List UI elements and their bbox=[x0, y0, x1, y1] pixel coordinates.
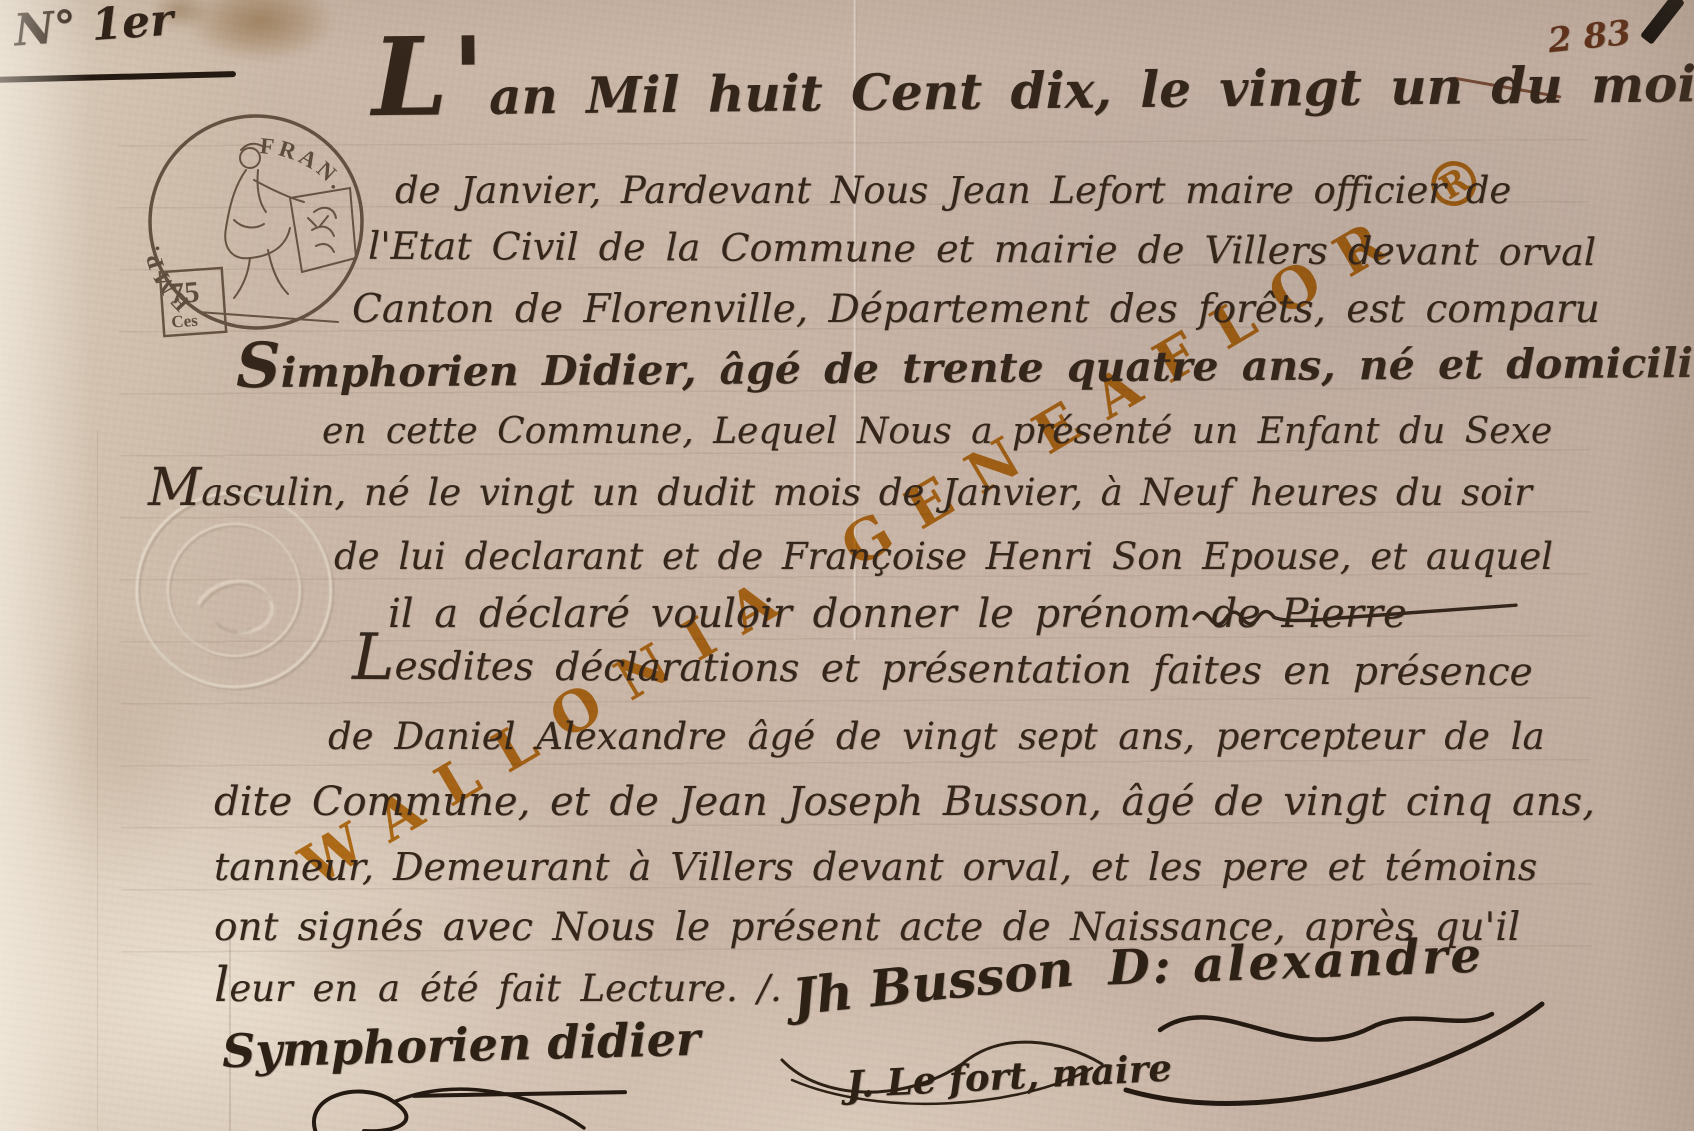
act-line: L'an Mil huit Cent dix, le vingt un du m… bbox=[372, 59, 1694, 123]
alexandre-paraph-flourish bbox=[1120, 990, 1550, 1120]
act-line: Lesdites déclarations et présentation fa… bbox=[352, 647, 1533, 692]
act-line: en cette Commune, Lequel Nous a présenté… bbox=[322, 414, 1552, 450]
act-line: Canton de Florenville, Département des f… bbox=[352, 290, 1600, 329]
act-line: de lui declarant et de Françoise Henri S… bbox=[334, 538, 1553, 575]
bottom-flourish-cut bbox=[272, 1082, 602, 1131]
margin-rule bbox=[97, 430, 98, 1131]
act-line: de Daniel Alexandre âgé de vingt sept an… bbox=[328, 718, 1545, 755]
act-line: de Janvier, Pardevant Nous Jean Lefort m… bbox=[395, 172, 1511, 209]
act-line: dite Commune, et de Jean Joseph Busson, … bbox=[214, 782, 1595, 822]
act-line: Simphorien Didier, âgé de trente quatre … bbox=[236, 343, 1694, 394]
scanned-birth-act-1810: N° 1er 2 83 FRAN. EMP. bbox=[0, 0, 1694, 1131]
stamp-arc-top-text: FRAN. bbox=[259, 133, 352, 196]
stamp-value-plaque: 75 Ces bbox=[160, 268, 226, 336]
act-line: l'Etat Civil de la Commune et mairie de … bbox=[368, 227, 1596, 271]
signature-declarant: Symphorien didier bbox=[221, 1016, 700, 1075]
corner-underline bbox=[0, 71, 236, 83]
act-line: tanneur, Demeurant à Villers devant orva… bbox=[214, 848, 1537, 886]
stamp-value-unit: Ces bbox=[171, 311, 199, 332]
act-line: Masculin, né le vingt un dudit mois de J… bbox=[148, 474, 1532, 511]
folio-mark: 2 83 bbox=[1546, 16, 1632, 58]
signature-alexandre: D: alexandre bbox=[1107, 931, 1484, 992]
act-line: leur en a été fait Lecture. /. bbox=[214, 970, 782, 1007]
corner-pen-slash bbox=[1640, 0, 1685, 45]
revenue-stamp: FRAN. EMP. 75 Ces bbox=[138, 100, 378, 350]
act-number: N° 1er bbox=[13, 0, 175, 54]
stamp-value: 75 bbox=[168, 276, 200, 311]
line-filler-flourish bbox=[1190, 595, 1520, 631]
